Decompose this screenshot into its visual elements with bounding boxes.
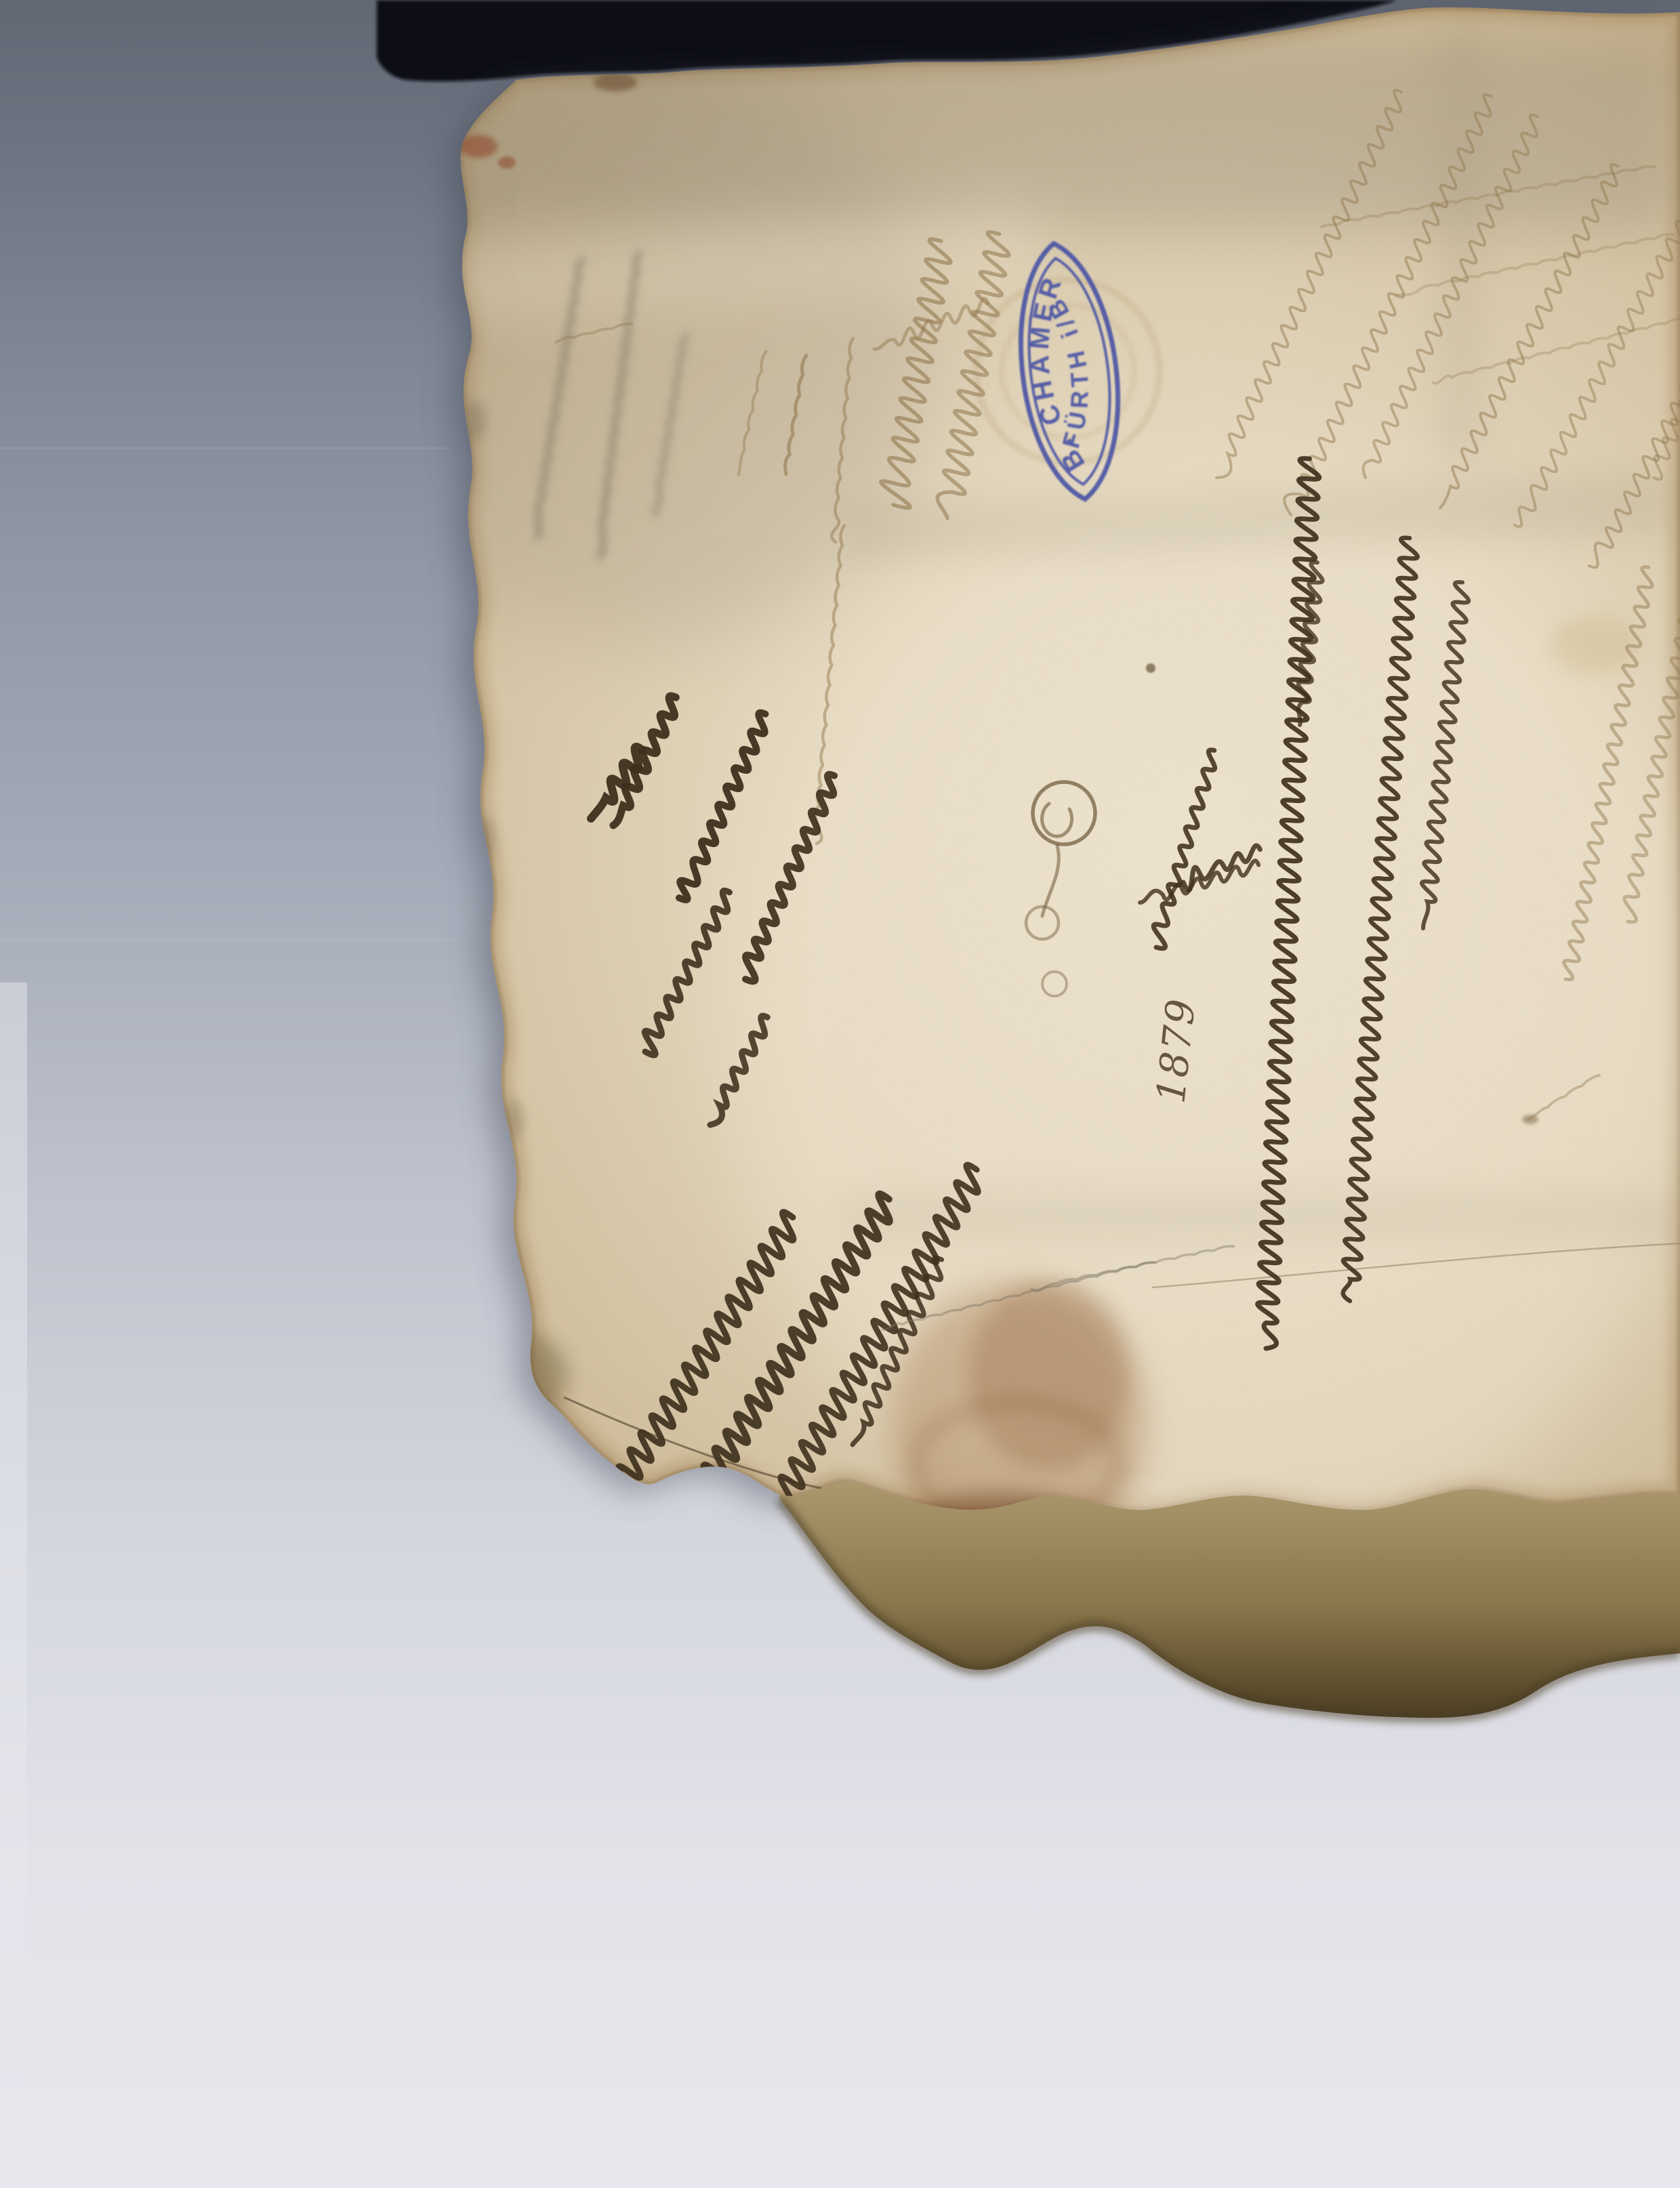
- scanner-band-line-1: [0, 447, 451, 449]
- manuscript-scan: 1879 B. CHAMER FÜRTH i/B: [0, 0, 1680, 2188]
- scanner-band-line-2: [0, 938, 461, 941]
- paper-grain: [380, 0, 1680, 1559]
- scanner-edge-band: [0, 983, 27, 2188]
- scanned-document-image: 1879 B. CHAMER FÜRTH i/B: [0, 0, 1680, 2188]
